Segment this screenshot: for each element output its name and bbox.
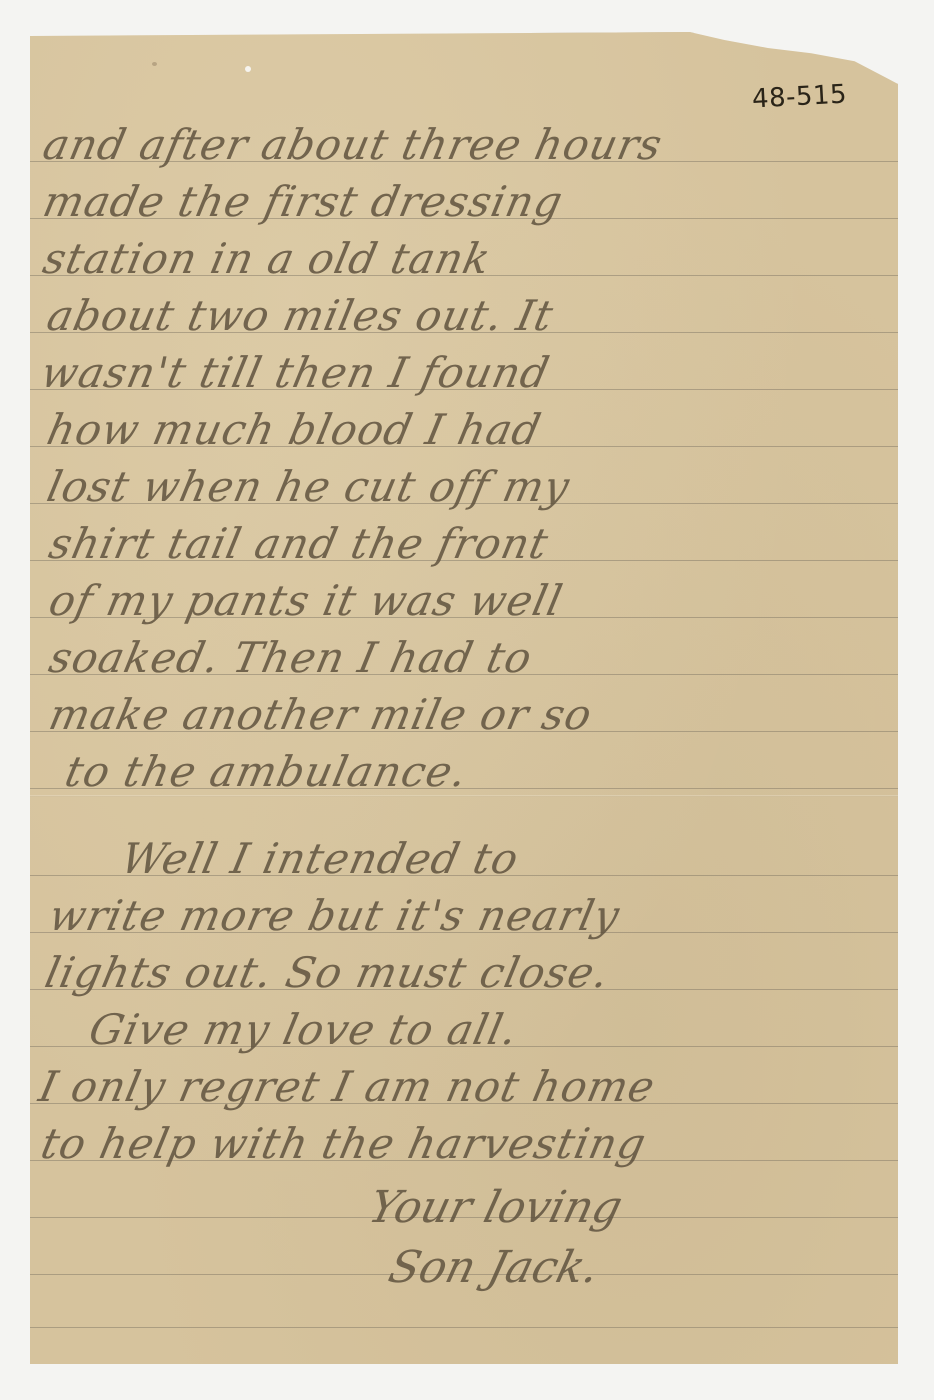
letter-signature: Son Jack. bbox=[384, 1242, 605, 1293]
letter-line: wasn't till then I found bbox=[38, 352, 887, 394]
scanned-document: 48-515 and after about three hours made … bbox=[0, 0, 934, 1400]
letter-line: make another mile or so bbox=[46, 694, 895, 736]
pin-hole bbox=[245, 66, 251, 72]
letter-line: shirt tail and the front bbox=[46, 523, 895, 565]
letter-line: how much blood I had bbox=[44, 409, 893, 451]
letter-line: and after about three hours bbox=[40, 124, 889, 166]
letter-line: soaked. Then I had to bbox=[46, 637, 895, 679]
letter-line: Well I intended to bbox=[118, 838, 898, 880]
letter-line: to help with the harvesting bbox=[38, 1123, 887, 1165]
letter-line: made the first dressing bbox=[40, 181, 889, 223]
letter-line: Give my love to all. bbox=[86, 1009, 898, 1051]
pin-hole-mark bbox=[152, 62, 157, 66]
ruled-line bbox=[30, 1327, 898, 1328]
letter-line: to the ambulance. bbox=[62, 751, 898, 793]
letter-line: of my pants it was well bbox=[46, 580, 895, 622]
letter-line: about two miles out. It bbox=[44, 295, 893, 337]
catalog-number: 48-515 bbox=[751, 80, 848, 115]
letter-closing: Your loving bbox=[364, 1182, 628, 1233]
letter-line: lights out. So must close. bbox=[42, 952, 891, 994]
letter-line: station in a old tank bbox=[40, 238, 889, 280]
letter-line: write more but it's nearly bbox=[46, 895, 895, 937]
letter-line: lost when he cut off my bbox=[44, 466, 893, 508]
letter-page: 48-515 and after about three hours made … bbox=[30, 32, 898, 1364]
letter-line: I only regret I am not home bbox=[36, 1066, 885, 1108]
